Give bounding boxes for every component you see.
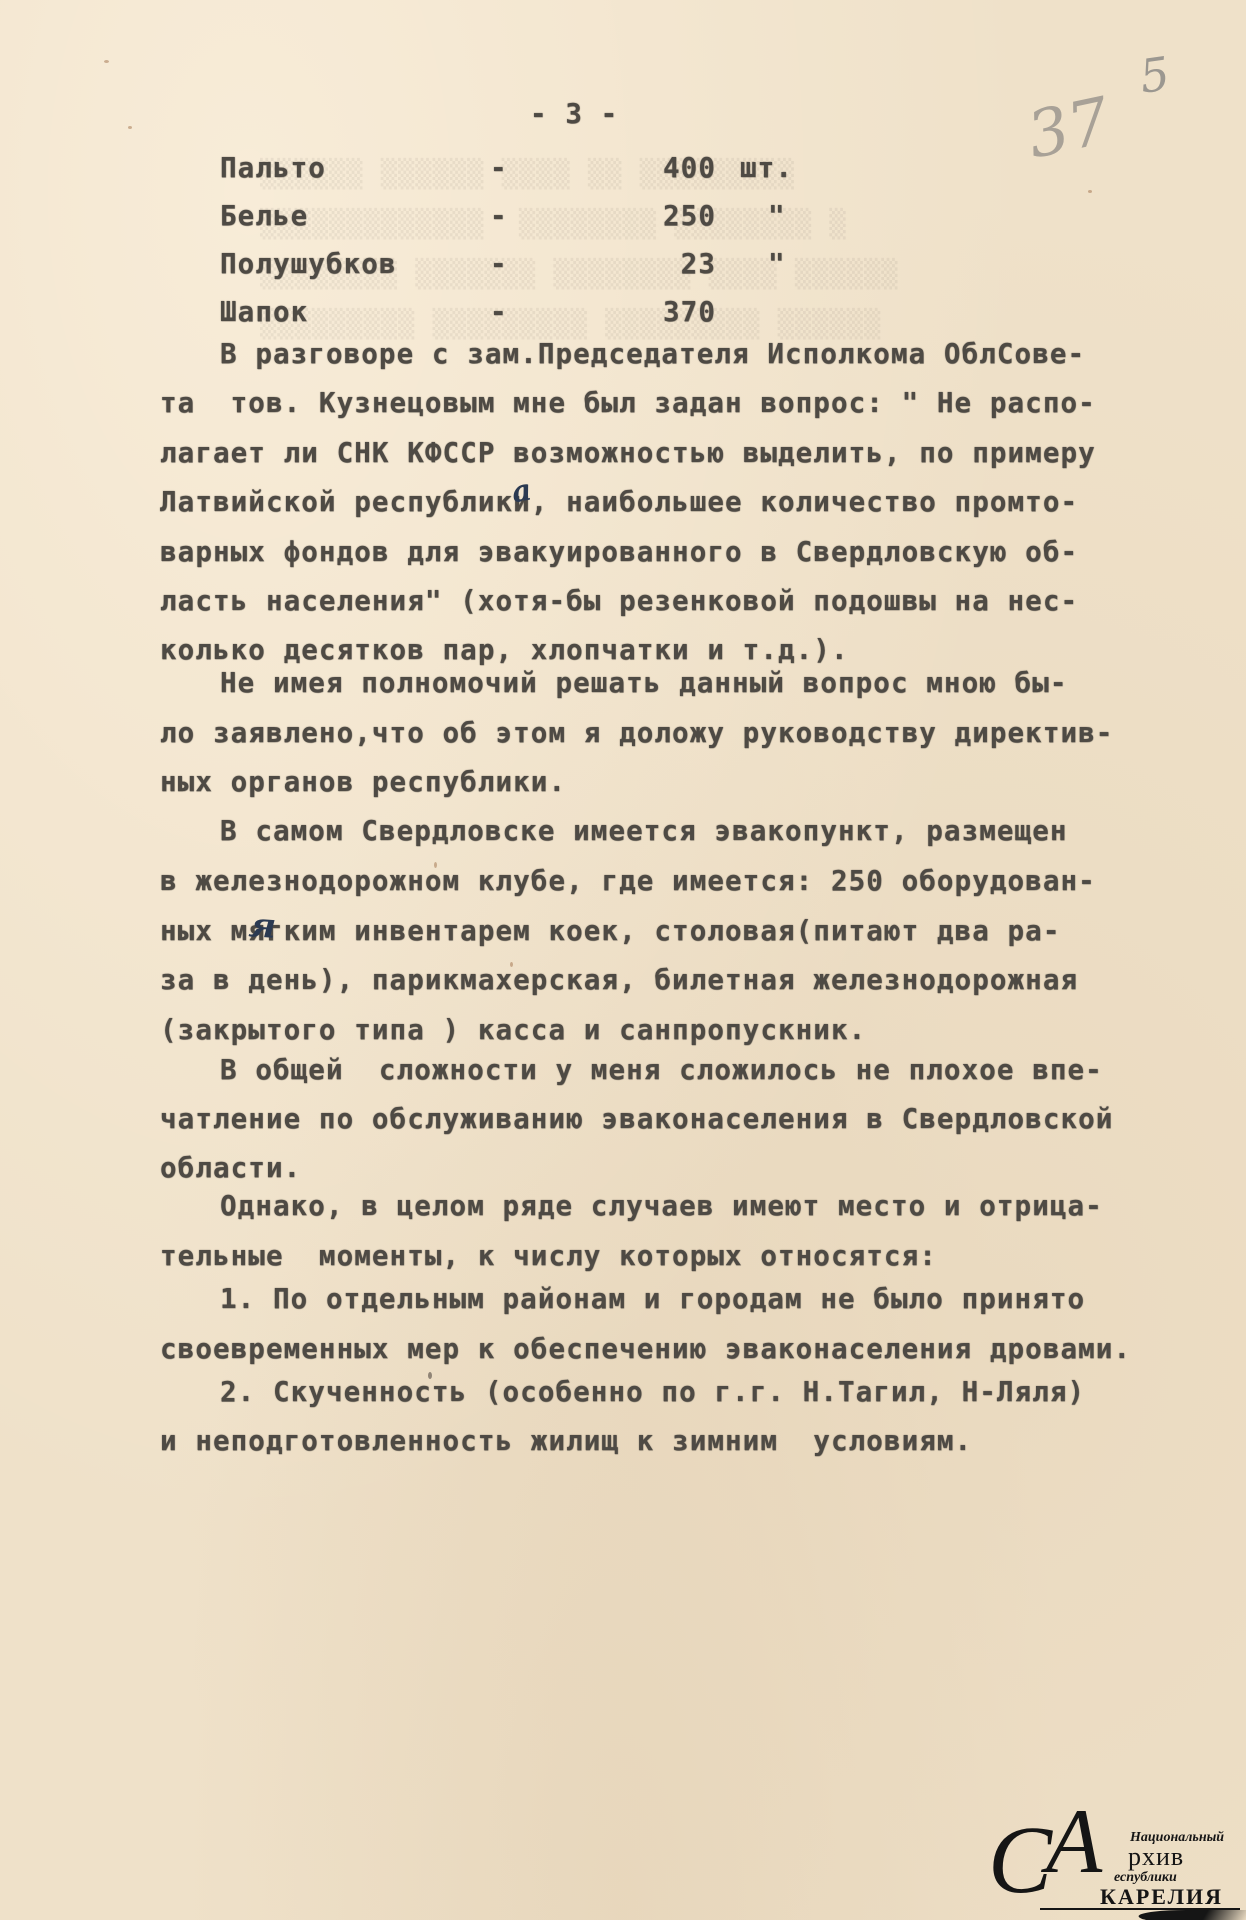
inventory-dash: -	[490, 152, 508, 184]
pen-correction: я	[248, 905, 278, 947]
inventory-qty: 250	[596, 200, 716, 232]
paper-speck	[104, 60, 109, 63]
paragraph-line: за в день), парикмахерская, билетная жел…	[160, 964, 1078, 996]
inventory-dash: -	[490, 296, 508, 328]
paragraph-first-line: 2. Скученность (особенно по г.г. Н.Тагил…	[220, 1376, 1085, 1408]
inventory-qty: 400	[596, 152, 716, 184]
paragraph-line: своевременных мер к обеспечению эваконас…	[160, 1333, 1131, 1365]
archive-logo: С А Национальный рхив еспублики КАРЕЛИЯ	[988, 1812, 1246, 1920]
paragraph-first-line: 1. По отдельным районам и городам не был…	[220, 1283, 1085, 1315]
logo-line-karelia: КАРЕЛИЯ	[1100, 1884, 1223, 1910]
paper-speck	[1088, 190, 1092, 193]
inventory-item: Пальто	[220, 152, 326, 184]
paper-speck	[510, 962, 513, 967]
inventory-qty: 23	[596, 248, 716, 280]
paragraph-line: (закрытого типа ) касса и санпропускник.	[160, 1014, 866, 1046]
paragraph-line: тельные моменты, к числу которых относят…	[160, 1240, 937, 1272]
feather-icon	[1134, 1910, 1246, 1920]
inventory-unit: "	[768, 248, 786, 280]
paper-speck	[434, 862, 437, 868]
paragraph-first-line: Не имея полномочий решать данный вопрос …	[220, 667, 1068, 699]
logo-initial: А	[1046, 1788, 1102, 1894]
paragraph-line: лагает ли СНК КФССР возможностью выделит…	[160, 437, 1096, 469]
paragraph-first-line: Однако, в целом ряде случаев имеют место…	[220, 1190, 1103, 1222]
document-page: ▒▒▒▒▒▒ ▒▒▒▒▒▒ ▒▒▒▒ ▒▒ ▒▒▒▒▒▒▒▒▒ ▒▒▒▒▒▒▒▒…	[0, 0, 1246, 1920]
inventory-qty: 370	[596, 296, 716, 328]
paragraph-first-line: В общей сложности у меня сложилось не пл…	[220, 1054, 1103, 1086]
inventory-unit: шт.	[740, 152, 793, 184]
inventory-unit: "	[768, 200, 786, 232]
paragraph-first-line: В разговоре с зам.Председателя Исполкома…	[220, 338, 1085, 370]
paragraph-line: в железнодорожном клубе, где имеется: 25…	[160, 865, 1096, 897]
paragraph-line: колько десятков пар, хлопчатки и т.д.).	[160, 634, 849, 666]
paragraph-line: ласть населения" (хотя-бы резенковой под…	[160, 585, 1078, 617]
paragraph-line: чатление по обслуживанию эваконаселения …	[160, 1103, 1113, 1135]
logo-initial-c: С	[988, 1804, 1052, 1915]
logo-line-archive: рхив	[1128, 1842, 1184, 1872]
paragraph-line: области.	[160, 1152, 301, 1184]
paragraph-line: ных мягким инвентарем коек, столовая(пит…	[160, 915, 1060, 947]
paragraph-line: Латвийской республики, наибольшее количе…	[160, 486, 1078, 518]
paragraph-line: ло заявлено,что об этом я доложу руковод…	[160, 717, 1113, 749]
paragraph-line: варных фондов для эвакуированного в Свер…	[160, 536, 1078, 568]
paper-speck	[428, 1372, 432, 1379]
paper-speck	[128, 126, 132, 129]
paragraph-line: и неподготовленность жилищ к зимним усло…	[160, 1425, 972, 1457]
paragraph-line: та тов. Кузнецовым мне был задан вопрос:…	[160, 387, 1096, 419]
inventory-item: Шапок	[220, 296, 308, 328]
handwritten-folio-number: 5	[1136, 46, 1173, 104]
inventory-dash: -	[490, 200, 508, 232]
inventory-dash: -	[490, 248, 508, 280]
paragraph-first-line: В самом Свердловске имеется эвакопункт, …	[220, 815, 1068, 847]
page-number: - 3 -	[530, 98, 618, 130]
paragraph-line: ных органов республики.	[160, 766, 566, 798]
inventory-item: Полушубков	[220, 248, 397, 280]
inventory-item: Белье	[220, 200, 308, 232]
